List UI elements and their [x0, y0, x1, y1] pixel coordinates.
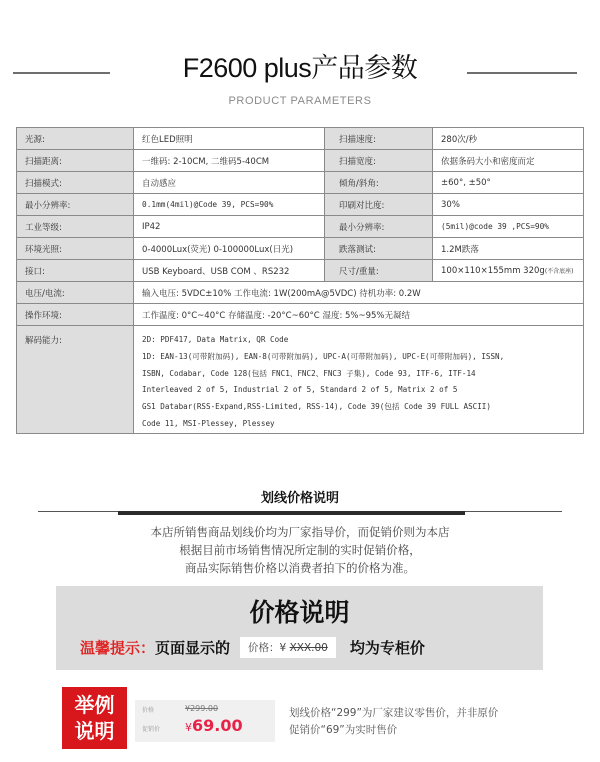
- spec-label: 跌落测试:: [325, 238, 433, 260]
- spec-label: 接口:: [17, 260, 134, 282]
- spec-value: (5mil)@code 39 ,PCS=90%: [433, 216, 584, 238]
- list-price-value: ¥299.00: [185, 704, 218, 713]
- spec-value: 100×110×155mm 320g(不含底座): [433, 260, 584, 282]
- explanation-line: 划线价格“299”为厂家建议零售价，并非原价: [289, 705, 498, 722]
- body-line: 商品实际销售价格以消费者拍下的价格为准。: [0, 559, 600, 577]
- spec-label: 最小分辨率:: [325, 216, 433, 238]
- spec-row: 光源: 红色LED照明 扫描速度: 280次/秒: [17, 128, 584, 150]
- price-box-title: 价格说明: [56, 593, 543, 629]
- dimension-note: (不含底座): [545, 268, 574, 275]
- page-title: F2600 plus产品参数: [0, 46, 600, 85]
- spec-label: 最小分辨率:: [17, 194, 134, 216]
- spec-row: 扫描模式: 自动感应 倾角/斜角: ±60°, ±50°: [17, 172, 584, 194]
- spec-label: 光源:: [17, 128, 134, 150]
- currency-symbol: ¥: [185, 721, 192, 734]
- spec-row: 最小分辨率: 0.1mm(4mil)@Code 39, PCS=90% 印刷对比…: [17, 194, 584, 216]
- decode-line: Code 11, MSI-Plessey, Plessey: [142, 416, 575, 433]
- spec-row: 环境光照: 0-4000Lux(荧光) 0-100000Lux(日光) 跌落测试…: [17, 238, 584, 260]
- spec-label: 电压/电流:: [17, 282, 134, 304]
- example-explanation: 划线价格“299”为厂家建议零售价，并非原价 促销价“69”为实时售价: [289, 705, 498, 739]
- spec-row: 电压/电流: 输入电压: 5VDC±10% 工作电流: 1W(200mA@5VD…: [17, 282, 584, 304]
- decode-line: Interleaved 2 of 5, Industrial 2 of 5, S…: [142, 382, 575, 399]
- spec-value: IP42: [134, 216, 325, 238]
- decode-line: GS1 Databar(RSS-Expand,RSS-Limited, RSS-…: [142, 399, 575, 416]
- spec-row: 工业等级: IP42 最小分辨率: (5mil)@code 39 ,PCS=90…: [17, 216, 584, 238]
- body-line: 本店所销售商品划线价均为厂家指导价，而促销价则为本店: [0, 523, 600, 541]
- promo-price-label: 促销价: [142, 724, 160, 733]
- section-divider-accent: [118, 511, 465, 515]
- spec-row: 扫描距离: 一维码: 2-10CM, 二维码5-40CM 扫描宽度: 依据条码大…: [17, 150, 584, 172]
- spec-table: 光源: 红色LED照明 扫描速度: 280次/秒 扫描距离: 一维码: 2-10…: [16, 127, 584, 434]
- spec-label: 扫描距离:: [17, 150, 134, 172]
- tip-suffix: 均为专柜价: [350, 637, 425, 658]
- spec-value: 一维码: 2-10CM, 二维码5-40CM: [134, 150, 325, 172]
- promo-amount: 69.00: [192, 716, 243, 735]
- price-tip: 温馨提示： 页面显示的 价格：¥ XXX.00 均为专柜价: [80, 637, 425, 658]
- strikethrough-section-title: 划线价格说明: [0, 487, 600, 506]
- spec-label: 扫描宽度:: [325, 150, 433, 172]
- spec-value: 自动感应: [134, 172, 325, 194]
- spec-label: 印刷对比度:: [325, 194, 433, 216]
- spec-label: 尺寸/重量:: [325, 260, 433, 282]
- spec-row: 接口: USB Keyboard、USB COM 、RS232 尺寸/重量: 1…: [17, 260, 584, 282]
- list-price-label: 价格: [142, 705, 154, 714]
- explanation-line: 促销价“69”为实时售价: [289, 722, 498, 739]
- price-chip: 价格：¥ XXX.00: [240, 637, 336, 658]
- decode-capability-list: 2D: PDF417, Data Matrix, QR Code 1D: EAN…: [134, 326, 584, 434]
- strikethrough-section-body: 本店所销售商品划线价均为厂家指导价，而促销价则为本店 根据目前市场销售情况所定制…: [0, 523, 600, 577]
- spec-label: 扫描模式:: [17, 172, 134, 194]
- decode-line: ISBN, Codabar, Code 128(包括 FNC1、FNC2、FNC…: [142, 366, 575, 383]
- spec-value: 0.1mm(4mil)@Code 39, PCS=90%: [134, 194, 325, 216]
- body-line: 根据目前市场销售情况所定制的实时促销价格，: [0, 541, 600, 559]
- chip-label: 价格：¥: [248, 642, 286, 654]
- decode-line: 2D: PDF417, Data Matrix, QR Code: [142, 332, 575, 349]
- spec-label: 环境光照:: [17, 238, 134, 260]
- promo-price-value: ¥69.00: [185, 716, 243, 735]
- spec-value: 工作温度: 0°C~40°C 存储温度: -20°C~60°C 湿度: 5%~9…: [134, 304, 584, 326]
- spec-value: 依据条码大小和密度而定: [433, 150, 584, 172]
- spec-value: USB Keyboard、USB COM 、RS232: [134, 260, 325, 282]
- spec-row: 操作环境: 工作温度: 0°C~40°C 存储温度: -20°C~60°C 湿度…: [17, 304, 584, 326]
- example-price-card: 价格 ¥299.00 促销价 ¥69.00: [135, 700, 275, 742]
- badge-line: 说明: [62, 718, 127, 744]
- spec-value: 0-4000Lux(荧光) 0-100000Lux(日光): [134, 238, 325, 260]
- spec-value: 280次/秒: [433, 128, 584, 150]
- example-badge: 举例 说明: [62, 687, 127, 749]
- spec-label: 操作环境:: [17, 304, 134, 326]
- badge-line: 举例: [62, 692, 127, 718]
- spec-label: 解码能力:: [17, 326, 134, 434]
- price-explanation-box: 价格说明 温馨提示： 页面显示的 价格：¥ XXX.00 均为专柜价: [56, 586, 543, 670]
- spec-value: 输入电压: 5VDC±10% 工作电流: 1W(200mA@5VDC) 待机功率…: [134, 282, 584, 304]
- decode-line: 1D: EAN-13(可带附加码), EAN-8(可带附加码), UPC-A(可…: [142, 349, 575, 366]
- spec-label: 扫描速度:: [325, 128, 433, 150]
- spec-row-decode: 解码能力: 2D: PDF417, Data Matrix, QR Code 1…: [17, 326, 584, 434]
- tip-prefix: 页面显示的: [155, 637, 230, 658]
- spec-label: 倾角/斜角:: [325, 172, 433, 194]
- spec-value: 红色LED照明: [134, 128, 325, 150]
- spec-label: 工业等级:: [17, 216, 134, 238]
- tip-label: 温馨提示：: [80, 637, 155, 658]
- page-subtitle: PRODUCT PARAMETERS: [0, 95, 600, 107]
- chip-value: XXX.00: [290, 642, 328, 654]
- dimension-weight: 100×110×155mm 320g: [441, 266, 545, 276]
- spec-value: 30%: [433, 194, 584, 216]
- spec-value: 1.2M跌落: [433, 238, 584, 260]
- spec-value: ±60°, ±50°: [433, 172, 584, 194]
